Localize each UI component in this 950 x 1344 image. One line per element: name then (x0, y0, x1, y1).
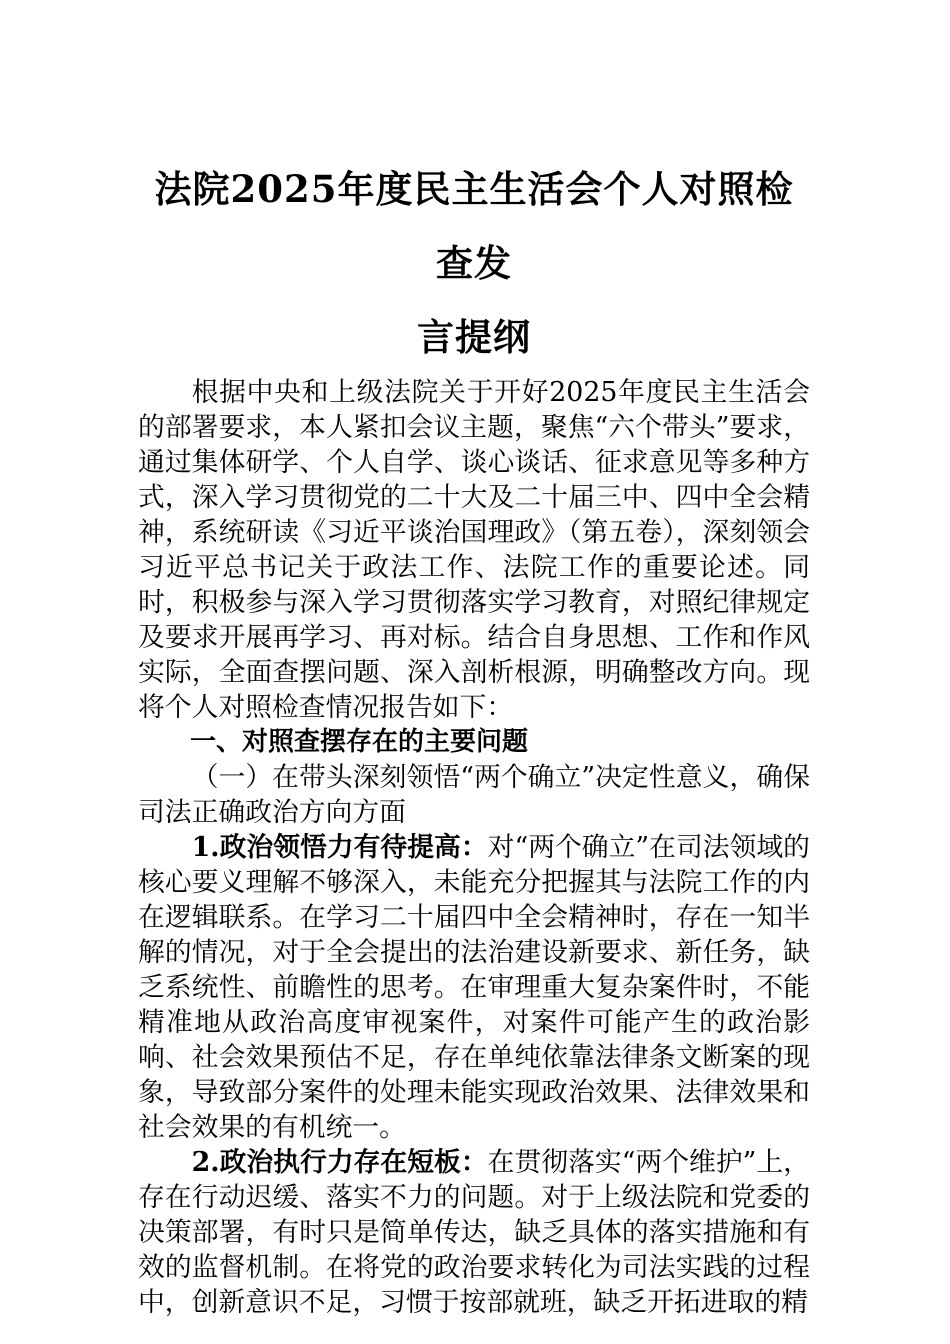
item-1-lead: 1.政治领悟力有待提高： (192, 832, 488, 863)
item-2-lead: 2.政治执行力存在短板： (192, 1147, 488, 1178)
section-1-heading: 一、对照查摆存在的主要问题 (138, 725, 810, 760)
document-body: 根据中央和上级法院关于开好2025年度民主生活会的部署要求，本人紧扣会议主题，聚… (138, 375, 810, 1320)
item-1-paragraph: 1.政治领悟力有待提高：对“两个确立”在司法领域的核心要义理解不够深入，未能充分… (138, 830, 810, 1145)
document-page: 法院2025年度民主生活会个人对照检查发 言提纲 根据中央和上级法院关于开好20… (0, 0, 950, 1344)
document-title-line-2: 言提纲 (138, 300, 810, 374)
document-title: 法院2025年度民主生活会个人对照检查发 言提纲 (138, 152, 810, 374)
intro-paragraph: 根据中央和上级法院关于开好2025年度民主生活会的部署要求，本人紧扣会议主题，聚… (138, 375, 810, 725)
subsection-1-heading: （一）在带头深刻领悟“两个确立”决定性意义，确保司法正确政治方向方面 (138, 760, 810, 830)
item-2-paragraph: 2.政治执行力存在短板：在贯彻落实“两个维护”上，存在行动迟缓、落实不力的问题。… (138, 1145, 810, 1320)
document-title-line-1: 法院2025年度民主生活会个人对照检查发 (138, 152, 810, 300)
item-1-text: 对“两个确立”在司法领域的核心要义理解不够深入，未能充分把握其与法院工作的内在逻… (138, 832, 810, 1143)
